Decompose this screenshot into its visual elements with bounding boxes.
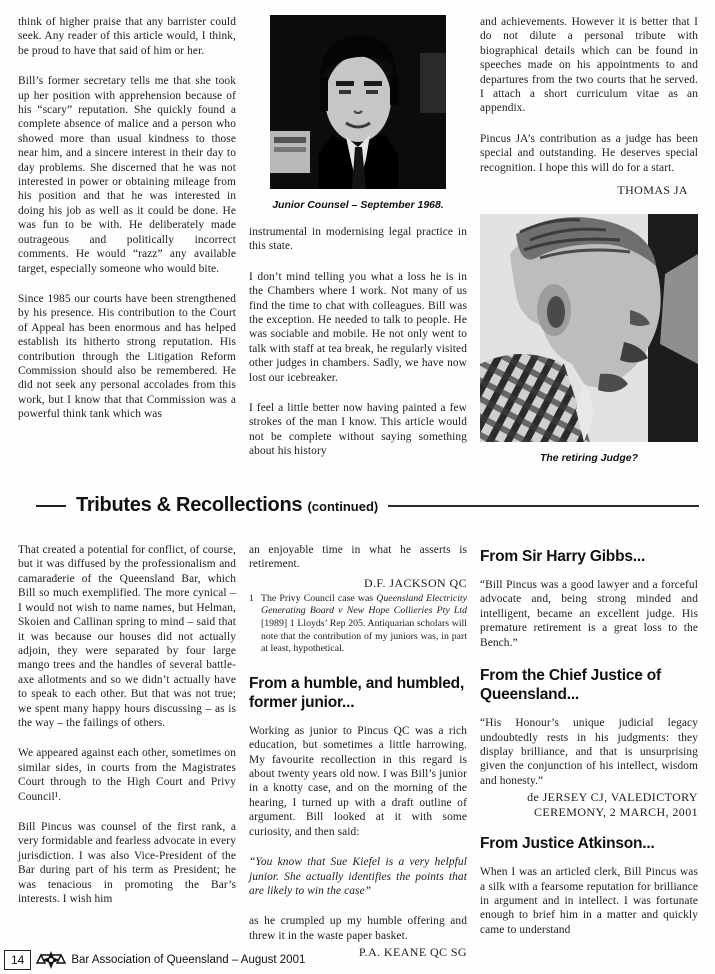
paragraph: I feel a little better now having painte… [249, 401, 467, 459]
page-footer: 14 Bar Association of Queensland – Augus… [4, 949, 305, 971]
paragraph: “His Honour’s unique judicial legacy und… [480, 716, 698, 788]
header-trailing-rule [388, 505, 699, 507]
subheading-chief-justice: From the Chief Justice of Queensland... [480, 666, 698, 704]
paragraph: We appeared against each other, sometime… [18, 746, 236, 804]
footnote-post: [1989] 1 Lloyds’ Rep 205. Antiquarian sc… [261, 618, 467, 654]
junior-counsel-photo-image [270, 15, 446, 189]
paragraph: That created a potential for conflict, o… [18, 543, 236, 730]
paragraph: I don’t mind telling you what a loss he … [249, 270, 467, 385]
footer-text: Bar Association of Queensland – August 2… [71, 954, 305, 966]
bottom-column-3: From Sir Harry Gibbs... “Bill Pincus was… [480, 543, 698, 960]
magazine-page: think of higher praise that any barriste… [0, 0, 715, 974]
subheading-former-junior: From a humble, and humbled, former junio… [249, 674, 467, 712]
junior-counsel-photo: Junior Counsel – September 1968. [249, 15, 467, 211]
footnote-text: The Privy Council case was Queensland El… [261, 593, 467, 656]
top-column-2: Junior Counsel – September 1968. instrum… [249, 15, 467, 478]
section-header: Tributes & Recollections (continued) [18, 494, 699, 517]
paragraph: instrumental in modernising legal practi… [249, 225, 467, 254]
paragraph: an enjoyable time in what he asserts is … [249, 543, 467, 572]
footnote: 1 The Privy Council case was Queensland … [249, 593, 467, 656]
bottom-section: That created a potential for conflict, o… [18, 543, 699, 960]
section-title-text: Tributes & Recollections [76, 494, 302, 516]
subheading-harry-gibbs: From Sir Harry Gibbs... [480, 547, 698, 566]
attribution-de-jersey: de JERSEY CJ, VALEDICTORY CEREMONY, 2 MA… [480, 790, 698, 820]
top-section: think of higher praise that any barriste… [18, 15, 699, 478]
photo-caption: Junior Counsel – September 1968. [249, 199, 467, 211]
section-title-continued: (continued) [307, 499, 378, 514]
retiring-judge-photo: The retiring Judge? [480, 214, 698, 464]
paragraph: Bill Pincus was counsel of the first ran… [18, 820, 236, 906]
paragraph: Pincus JA’s contribution as a judge has … [480, 132, 698, 175]
paragraph: Working as junior to Pincus QC was a ric… [249, 724, 467, 839]
photo-caption: The retiring Judge? [480, 452, 698, 464]
paragraph: Bill’s former secretary tells me that sh… [18, 74, 236, 276]
paragraph: “Bill Pincus was a good lawyer and a for… [480, 578, 698, 650]
scales-of-justice-icon [36, 949, 66, 971]
bottom-column-1: That created a potential for conflict, o… [18, 543, 236, 960]
retiring-judge-photo-image [480, 214, 698, 442]
paragraph: When I was an articled clerk, Bill Pincu… [480, 865, 698, 937]
pull-quote: “You know that Sue Kiefel is a very help… [249, 855, 467, 898]
section-title: Tributes & Recollections (continued) [76, 494, 378, 517]
attribution-thomas-ja: THOMAS JA [480, 183, 698, 198]
page-number: 14 [4, 950, 31, 970]
footnote-pre: The Privy Council case was [261, 593, 376, 604]
paragraph: think of higher praise that any barriste… [18, 15, 236, 58]
attribution-jackson: D.F. JACKSON QC [249, 576, 467, 591]
paragraph: as he crumpled up my humble offering and… [249, 914, 467, 943]
subheading-justice-atkinson: From Justice Atkinson... [480, 834, 698, 853]
footnote-number: 1 [249, 593, 261, 656]
top-column-3: and achievements. However it is better t… [480, 15, 698, 478]
header-lead-dash [36, 505, 66, 507]
bottom-column-2: an enjoyable time in what he asserts is … [249, 543, 467, 960]
paragraph: and achievements. However it is better t… [480, 15, 698, 116]
paragraph: Since 1985 our courts have been strength… [18, 292, 236, 422]
top-column-1: think of higher praise that any barriste… [18, 15, 236, 478]
